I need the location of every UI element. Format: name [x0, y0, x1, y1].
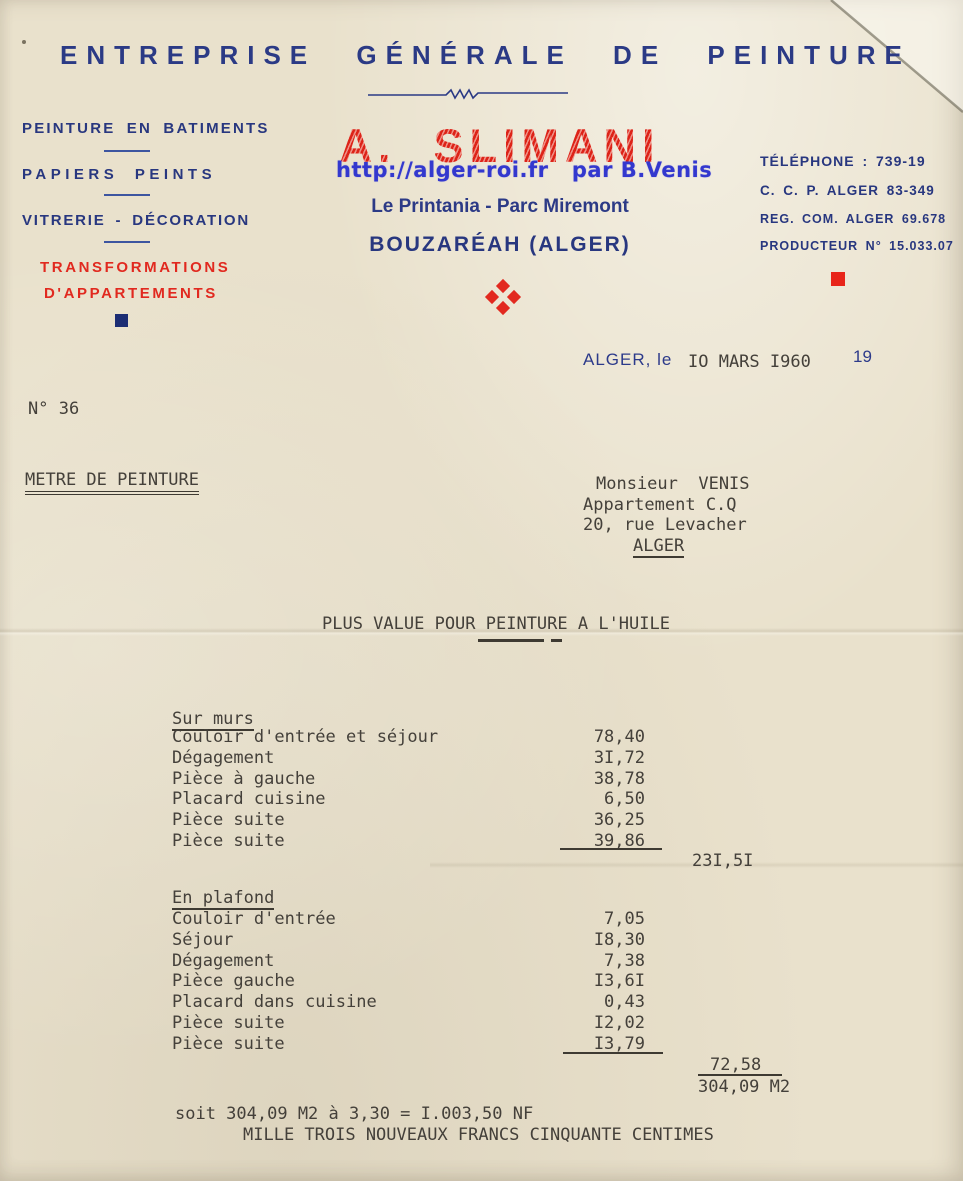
subject-underline: [478, 639, 562, 642]
table-en-plafond: Couloir d'entrée 7,05 Séjour I8,30 Dégag…: [172, 909, 648, 1055]
divider-dash: [104, 150, 150, 152]
divider-dash: [104, 241, 150, 243]
table-row: Pièce suite 36,25: [172, 810, 648, 831]
section-title-en-plafond: En plafond: [172, 888, 274, 910]
row-label: Pièce suite: [172, 1034, 285, 1054]
row-value: 3I,72: [545, 748, 645, 768]
table-row: Dégagement 3I,72: [172, 748, 648, 769]
table-row: Placard cuisine 6,50: [172, 789, 648, 810]
table-row: Couloir d'entrée 7,05: [172, 909, 648, 930]
row-value: 78,40: [545, 727, 645, 747]
service-peinture-batiments: PEINTURE EN BATIMENTS: [22, 120, 270, 137]
service-transformations-line2: D'APPARTEMENTS: [44, 285, 218, 302]
row-value: 6,50: [545, 789, 645, 809]
table-row: Pièce gauche I3,6I: [172, 971, 648, 992]
row-value: 0,43: [545, 992, 645, 1012]
table-row: Dégagement 7,38: [172, 951, 648, 972]
sum-line: [563, 1052, 663, 1054]
paper-speck: [22, 40, 26, 44]
service-transformations-line1: TRANSFORMATIONS: [40, 259, 230, 276]
grand-total: 304,09 M2: [698, 1077, 790, 1097]
subject-title: PLUS VALUE POUR PEINTURE A L'HUILE: [322, 614, 670, 634]
row-label: Pièce suite: [172, 810, 285, 830]
contact-telephone: TÉLÉPHONE : 739-19: [760, 153, 926, 169]
decorative-rule: [368, 86, 568, 102]
total-calculation: soit 304,09 M2 à 3,30 = I.003,50 NF: [175, 1104, 533, 1124]
row-label: Dégagement: [172, 951, 274, 971]
service-papiers-peints: PAPIERS PEINTS: [22, 166, 216, 183]
row-value: 36,25: [545, 810, 645, 830]
contact-reg-com: REG. COM. ALGER 69.678: [760, 212, 946, 226]
row-value: I3,6I: [545, 971, 645, 991]
subtotal-en-plafond: 72,58: [710, 1055, 761, 1075]
table-row: Pièce suite I2,02: [172, 1013, 648, 1034]
row-label: Couloir d'entrée et séjour: [172, 727, 438, 747]
row-label: Séjour: [172, 930, 233, 950]
row-label: Pièce suite: [172, 1013, 285, 1033]
row-label: Placard cuisine: [172, 789, 326, 809]
divider-dash: [104, 194, 150, 196]
invoice-page: ENTREPRISE GÉNÉRALE DE PEINTURE PEINTURE…: [0, 0, 963, 1181]
service-vitrerie-decoration: VITRERIE - DÉCORATION: [22, 212, 250, 229]
recipient-name: Monsieur VENIS: [596, 474, 750, 494]
row-value: 38,78: [545, 769, 645, 789]
dateline-year-prefix: 19: [853, 347, 872, 367]
row-label: Pièce à gauche: [172, 769, 315, 789]
row-label: Pièce suite: [172, 831, 285, 851]
row-value: I8,30: [545, 930, 645, 950]
page-title: ENTREPRISE GÉNÉRALE DE PEINTURE: [60, 40, 880, 71]
row-value: I3,79: [545, 1034, 645, 1054]
recipient-city: ALGER: [633, 536, 684, 558]
sum-line: [698, 1074, 782, 1076]
company-city: BOUZARÉAH (ALGER): [318, 233, 682, 257]
dateline-place: ALGER, le: [583, 350, 672, 370]
row-label: Placard dans cuisine: [172, 992, 377, 1012]
row-value: 7,38: [545, 951, 645, 971]
invoice-number: N° 36: [28, 399, 79, 419]
contact-producteur: PRODUCTEUR N° 15.033.07: [760, 239, 954, 253]
sum-line: [560, 848, 662, 850]
contact-ccp: C. C. P. ALGER 83-349: [760, 183, 935, 198]
row-value: 7,05: [545, 909, 645, 929]
recipient-apartment: Appartement C.Q: [583, 495, 737, 515]
blue-square-ornament: [115, 314, 128, 327]
diamond-cluster-icon: [487, 281, 519, 313]
row-label: Couloir d'entrée: [172, 909, 336, 929]
table-sur-murs: Couloir d'entrée et séjour 78,40 Dégagem…: [172, 727, 648, 852]
document-type-label: METRE DE PEINTURE: [25, 470, 199, 495]
row-label: Dégagement: [172, 748, 274, 768]
recipient-street: 20, rue Levacher: [583, 515, 747, 535]
table-row: Couloir d'entrée et séjour 78,40: [172, 727, 648, 748]
table-row: Pièce à gauche 38,78: [172, 769, 648, 790]
table-row: Placard dans cuisine 0,43: [172, 992, 648, 1013]
dateline-typed-date: IO MARS I960: [688, 352, 811, 372]
subtotal-sur-murs: 23I,5I: [692, 851, 753, 871]
row-label: Pièce gauche: [172, 971, 295, 991]
company-address: Le Printania - Parc Miremont: [318, 196, 682, 218]
row-value: I2,02: [545, 1013, 645, 1033]
watermark-url: http://alger-roi.fr par B.Venis: [336, 158, 712, 182]
amount-in-words: MILLE TROIS NOUVEAUX FRANCS CINQUANTE CE…: [243, 1125, 714, 1145]
red-square-ornament: [831, 272, 845, 286]
table-row: Séjour I8,30: [172, 930, 648, 951]
